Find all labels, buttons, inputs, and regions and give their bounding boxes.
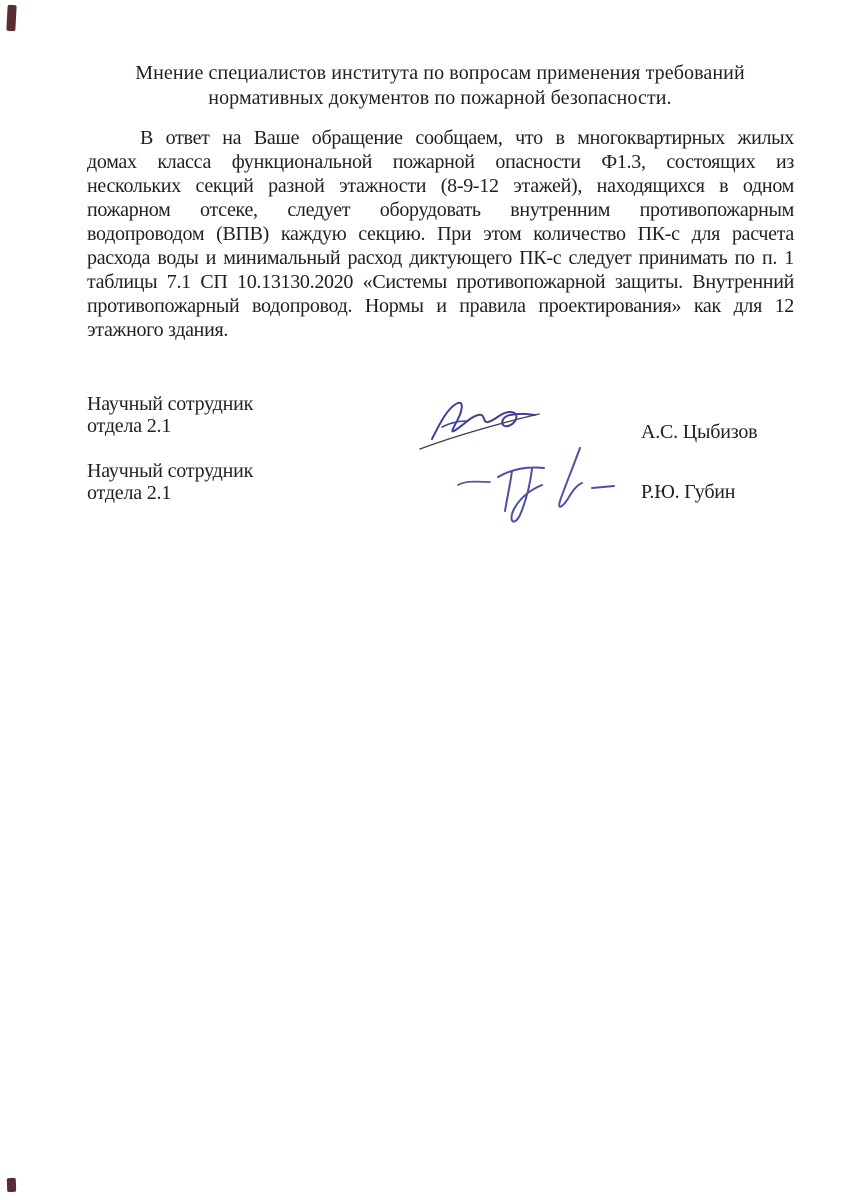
signatory-name: Р.Ю. Губин [641, 481, 735, 504]
signatory-title-block: Научный сотрудник отдела 2.1 [87, 460, 347, 504]
document-title-line: Мнение специалистов института по вопроса… [87, 61, 793, 86]
paragraph-line: противопожарный водопровод. Нормы и прав… [87, 294, 794, 318]
signatory-title-block: Научный сотрудник отдела 2.1 [87, 393, 347, 437]
signatory-department: отдела 2.1 [87, 482, 347, 504]
paragraph-line: таблицы 7.1 СП 10.13130.2020 «Системы пр… [87, 270, 794, 294]
document-title-line: нормативных документов по пожарной безоп… [87, 86, 793, 111]
paragraph-line: водопроводом (ВПВ) каждую секцию. При эт… [87, 222, 794, 246]
scan-artifact-bottom-left [7, 1178, 16, 1192]
paragraph-line: этажного здания. [87, 318, 794, 342]
paragraph-line: пожарном отсеке, следует оборудовать вну… [87, 198, 794, 222]
signatory-department: отдела 2.1 [87, 415, 347, 437]
paragraph-line: расхода воды и минимальный расход диктую… [87, 246, 794, 270]
signatory-position: Научный сотрудник [87, 393, 347, 415]
signatory-position: Научный сотрудник [87, 460, 347, 482]
signature-gubin-image [452, 445, 622, 527]
paragraph-line: нескольких секций разной этажности (8-9-… [87, 174, 794, 198]
scan-artifact-top-left [6, 5, 16, 31]
document-title: Мнение специалистов института по вопроса… [87, 61, 793, 111]
body-paragraph: В ответ на Ваше обращение сообщаем, что … [87, 126, 794, 342]
signatory-name: А.С. Цыбизов [641, 421, 757, 444]
paragraph-line: домах класса функциональной пожарной опа… [87, 150, 794, 174]
document-page: Мнение специалистов института по вопроса… [0, 0, 849, 1200]
paragraph-line: В ответ на Ваше обращение сообщаем, что … [87, 126, 794, 150]
